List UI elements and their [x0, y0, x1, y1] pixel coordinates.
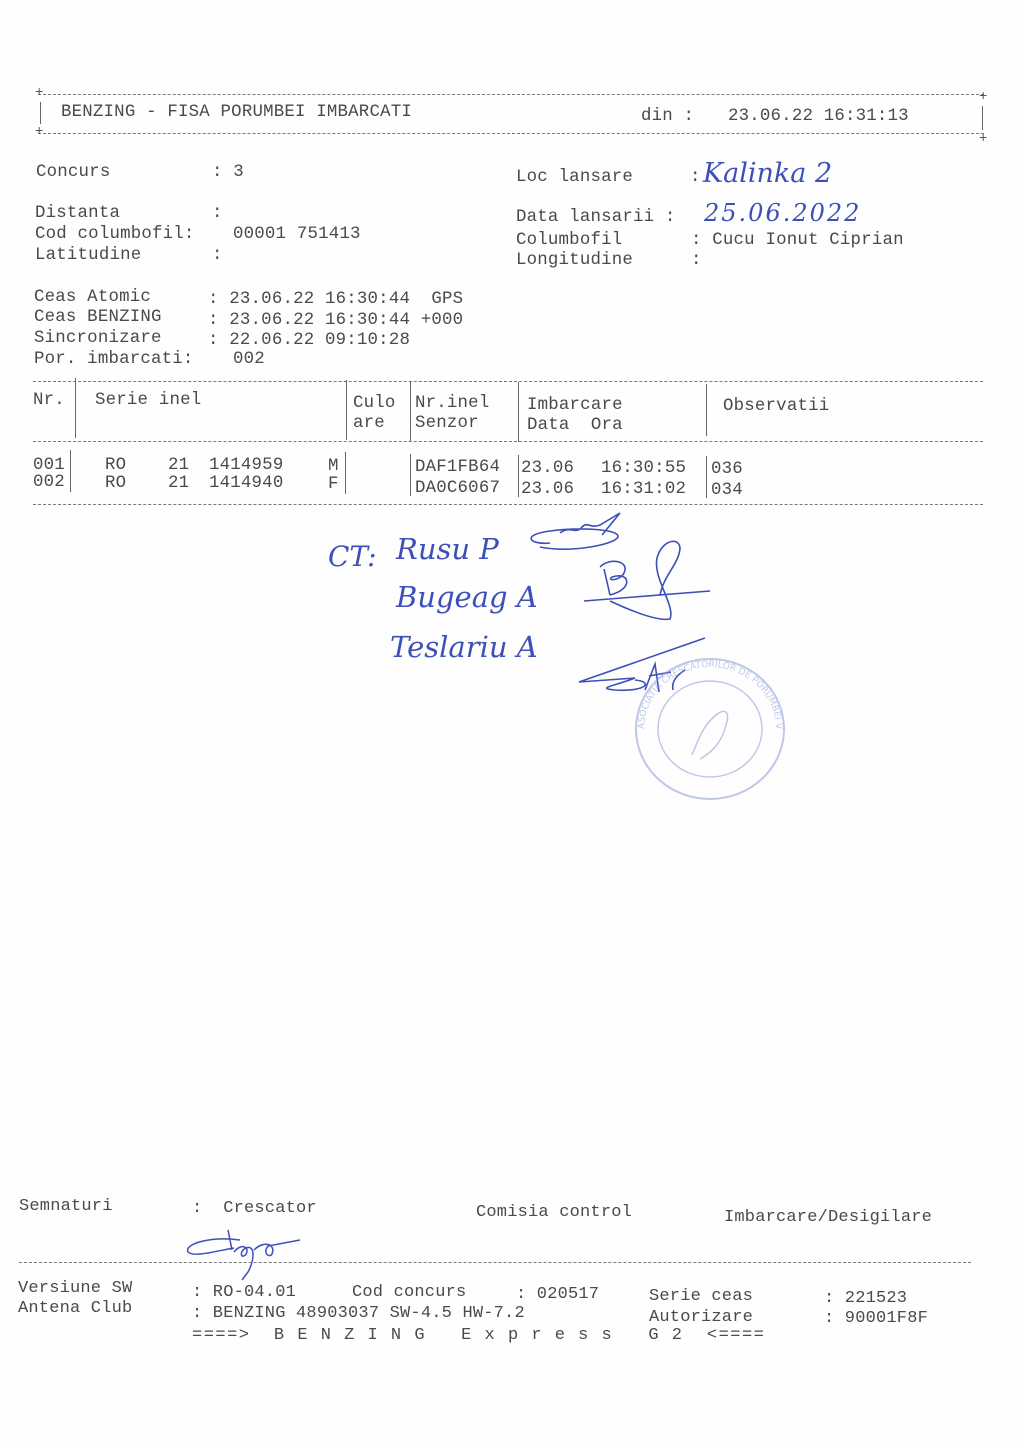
columbofil-value: : Cucu Ionut Ciprian	[691, 230, 904, 251]
th-nrinel-2: Senzor	[415, 413, 479, 434]
corner-mark: +	[979, 134, 987, 144]
ct-prefix: CT:	[328, 540, 377, 573]
print-date-label: din :	[641, 106, 694, 127]
loc-lansare-colon: :	[690, 167, 701, 188]
row-ora: 16:31:02	[601, 479, 686, 500]
row-year: 21	[168, 473, 189, 494]
committee-member-3: Teslariu A	[390, 630, 538, 664]
cod-concurs-value: : 020517	[516, 1284, 599, 1305]
sincronizare-label: Sincronizare	[34, 328, 162, 349]
row-sex: F	[328, 474, 339, 495]
footer-top-rule	[19, 1262, 971, 1263]
data-lansarii-handwritten: 25.06.2022	[704, 199, 861, 227]
por-imbarcati-label: Por. imbarcati:	[34, 349, 194, 370]
concurs-label: Concurs	[36, 162, 110, 183]
corner-mark: +	[35, 127, 43, 137]
signature-crescator-icon	[180, 1222, 310, 1282]
row-senzor: DA0C6067	[415, 478, 500, 499]
document-page: + + BENZING - FISA PORUMBEI IMBARCATI di…	[0, 0, 1024, 1448]
versiune-sw-label: Versiune SW	[18, 1278, 132, 1299]
col-sep	[518, 382, 519, 442]
col-sep	[70, 450, 71, 492]
print-date-value: 23.06.22 16:31:13	[728, 106, 909, 127]
latitudine-value: :	[212, 245, 223, 266]
col-sep	[346, 380, 347, 440]
committee-member-1: Rusu P	[396, 532, 499, 566]
table-top-rule	[33, 381, 983, 382]
header-left-border	[40, 102, 41, 124]
row-ora: 16:30:55	[601, 458, 686, 479]
antena-club-label: Antena Club	[18, 1298, 132, 1319]
row-data: 23.06	[521, 479, 574, 500]
ceas-benzing-value: : 23.06.22 16:30:44 +000	[208, 310, 463, 331]
th-imbarcare-2: Data Ora	[527, 415, 623, 436]
col-sep	[706, 456, 707, 498]
committee-member-2: Bugeag A	[396, 580, 538, 614]
benzing-express-banner: ====> B E N Z I N G E x p r e s s G 2 <=…	[192, 1325, 765, 1346]
document-title: BENZING - FISA PORUMBEI IMBARCATI	[61, 102, 412, 123]
row-data: 23.06	[521, 458, 574, 479]
col-sep	[706, 384, 707, 436]
loc-lansare-label: Loc lansare	[516, 167, 633, 188]
data-lansarii-label: Data lansarii :	[516, 207, 676, 228]
corner-mark: +	[979, 92, 987, 102]
col-sep	[75, 378, 76, 438]
th-imbarcare-1: Imbarcare	[527, 395, 623, 416]
por-imbarcati-value: 002	[233, 349, 265, 370]
comisia-control-label: Comisia control	[476, 1202, 632, 1223]
imbarcare-desigilare-label: Imbarcare/Desigilare	[724, 1207, 932, 1228]
distanta-value: :	[212, 203, 223, 224]
latitudine-label: Latitudine	[35, 245, 141, 266]
versiune-sw-value: : RO-04.01	[192, 1282, 296, 1303]
row-obs: 034	[711, 480, 743, 501]
antena-club-value: : BENZING 48903037 SW-4.5 HW-7.2	[192, 1303, 525, 1324]
th-nr: Nr.	[33, 390, 65, 411]
cod-columbofil-label: Cod columbofil:	[35, 224, 195, 245]
th-serie-inel: Serie inel	[95, 390, 201, 411]
row-obs: 036	[711, 459, 743, 480]
col-sep	[410, 381, 411, 441]
loc-lansare-handwritten: Kalinka 2	[703, 158, 832, 189]
distanta-label: Distanta	[35, 203, 120, 224]
header-top-rule	[38, 94, 984, 95]
ceas-benzing-label: Ceas BENZING	[34, 307, 162, 328]
crescator-label: : Crescator	[192, 1198, 317, 1219]
cod-columbofil-value: 00001 751413	[233, 224, 361, 245]
longitudine-value: :	[691, 250, 702, 271]
serie-ceas-label: Serie ceas	[649, 1286, 753, 1307]
row-ring: 1414940	[209, 473, 283, 494]
row-senzor: DAF1FB64	[415, 457, 500, 478]
association-stamp-icon: ASOCIATIA CRESCATORILOR DE PORUMBEI VOIA…	[630, 655, 790, 805]
longitudine-label: Longitudine	[516, 250, 633, 271]
th-culoare-2: are	[353, 413, 385, 434]
th-observatii: Observatii	[723, 396, 829, 417]
ceas-atomic-label: Ceas Atomic	[34, 287, 151, 308]
row-nr: 002	[33, 472, 65, 493]
header-right-border	[982, 106, 983, 130]
corner-mark: +	[35, 88, 43, 98]
concurs-value: : 3	[212, 162, 244, 183]
ceas-atomic-value: : 23.06.22 16:30:44 GPS	[208, 289, 463, 310]
cod-concurs-label: Cod concurs	[352, 1282, 466, 1303]
autorizare-value: : 90001F8F	[824, 1308, 928, 1329]
table-header-rule	[33, 441, 983, 442]
col-sep	[518, 455, 519, 497]
sincronizare-value: : 22.06.22 09:10:28	[208, 330, 410, 351]
th-culoare-1: Culo	[353, 393, 396, 414]
table-bottom-rule	[33, 504, 983, 505]
signature-bugeag-icon	[580, 535, 720, 630]
serie-ceas-value: : 221523	[824, 1288, 907, 1309]
header-bottom-rule	[38, 133, 984, 134]
semnaturi-label: Semnaturi	[19, 1196, 113, 1217]
col-sep	[410, 454, 411, 496]
columbofil-label: Columbofil	[516, 230, 622, 251]
col-sep	[345, 452, 346, 494]
th-nrinel-1: Nr.inel	[415, 393, 489, 414]
row-country: RO	[105, 473, 126, 494]
